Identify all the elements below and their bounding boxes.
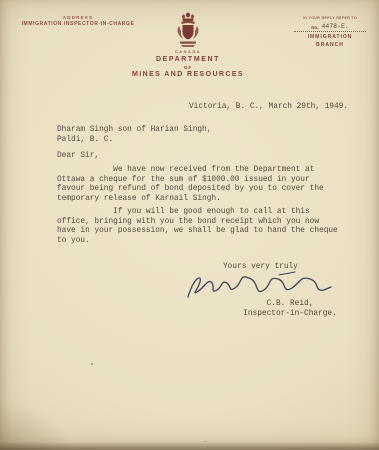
branch-line1: IMMIGRATION [294, 34, 366, 42]
sender-office-stamp: ADDRESS IMMIGRATION INSPECTOR-IN-CHARGE [16, 15, 140, 28]
crest-caption: CANADA [138, 49, 238, 54]
department-line2: OF [138, 65, 238, 70]
scanned-letter-page: ADDRESS IMMIGRATION INSPECTOR-IN-CHARGE … [0, 0, 379, 450]
salutation: Dear Sir, [57, 152, 99, 162]
canada-coat-of-arms-icon [175, 12, 201, 48]
branch-name: IMMIGRATION BRANCH [294, 34, 366, 49]
reference-number-value: 4478-E. [321, 23, 348, 30]
reference-block: IN YOUR REPLY REFER TO No. 4478-E. IMMIG… [294, 16, 366, 49]
body-paragraph-1: We have now received from the Department… [57, 166, 324, 205]
signer-title: Inspector-in-Charge. [205, 310, 375, 320]
letter-date: Victoria, B. C., March 29th, 1949. [189, 103, 348, 113]
department-line3: MINES AND RESOURCES [118, 71, 258, 78]
reference-number-label: No. [311, 25, 318, 30]
paper-bottom-shadow [0, 442, 379, 450]
reference-number-row: No. 4478-E. [294, 23, 366, 32]
branch-line2: BRANCH [294, 42, 366, 50]
body-paragraph-2: If you will be good enough to call at th… [57, 208, 338, 247]
department-line1: DEPARTMENT [138, 56, 238, 63]
recipient-address: Dharam Singh son of Harian Singh, Paldi,… [57, 126, 211, 145]
paper-speck [91, 363, 93, 365]
reference-instruction: IN YOUR REPLY REFER TO [294, 16, 366, 20]
stamp-line2: IMMIGRATION INSPECTOR-IN-CHARGE [16, 21, 140, 28]
signer-name: C.B. Reid, [230, 300, 350, 310]
